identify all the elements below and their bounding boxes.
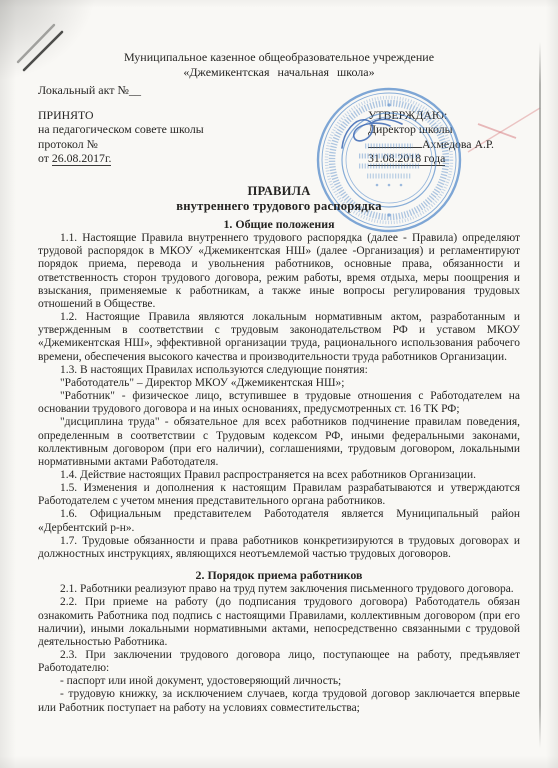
org-header: Муниципальное казенное общеобразовательн…	[0, 50, 558, 79]
document-body: 1. Общие положения1.1. Настоящие Правила…	[38, 216, 520, 715]
section-heading: 2. Порядок приема работников	[38, 569, 520, 582]
paragraph: - трудовую книжку, за исключением случае…	[38, 688, 520, 714]
paragraph: "дисциплина труда" - обязательное для вс…	[38, 416, 520, 469]
paragraph: 2.3. При заключении трудового договора л…	[38, 649, 520, 675]
org-name-line2: «Джемикентская начальная школа»	[0, 65, 558, 80]
paragraph: 1.4. Действие настоящих Правил распростр…	[38, 469, 520, 482]
adopted-date: 26.08.2017г.	[52, 151, 112, 166]
title-line1: ПРАВИЛА	[0, 184, 558, 199]
adopted-block: ПРИНЯТО на педагогическом совете школы п…	[38, 108, 204, 166]
paragraph: 1.6. Официальным представителем Работода…	[38, 508, 520, 534]
paragraph: 1.7. Трудовые обязанности и права работн…	[38, 535, 520, 561]
approved-signature-line: Ахмедова А.Р.	[368, 137, 494, 151]
adopted-protocol: протокол №	[38, 137, 204, 151]
local-act-number: Локальный акт №__	[38, 83, 141, 98]
adopted-label: ПРИНЯТО	[38, 108, 204, 122]
paragraph: "Работник" - физическое лицо, вступившее…	[38, 390, 520, 416]
org-name-line1: Муниципальное казенное общеобразовательн…	[0, 50, 558, 65]
paragraph: 1.2. Настоящие Правила являются локальны…	[38, 311, 520, 364]
section-heading: 1. Общие положения	[38, 218, 520, 231]
title-line2: внутреннего трудового распорядка	[0, 199, 558, 214]
adopted-date-line: от 26.08.2017г.	[38, 151, 204, 165]
approved-label: УТВЕРЖДАЮ:	[368, 108, 494, 122]
approved-position: Директор школы	[368, 122, 494, 136]
adopted-date-prefix: от	[38, 151, 52, 165]
paragraph: "Работодатель" – Директор МКОУ «Джемикен…	[38, 377, 520, 390]
scanned-document-page: Муниципальное казенное общеобразовательн…	[0, 0, 558, 768]
paragraph: 2.2. При приеме на работу (до подписания…	[38, 596, 520, 649]
paragraph: 2.1. Работники реализуют право на труд п…	[38, 583, 520, 596]
approved-date: 31.08.2018 года	[368, 151, 445, 166]
paragraph: - паспорт или иной документ, удостоверяю…	[38, 675, 520, 688]
document-title: ПРАВИЛА внутреннего трудового распорядка	[0, 184, 558, 213]
paragraph: 1.3. В настоящих Правилах используются с…	[38, 364, 520, 377]
adopted-council: на педагогическом совете школы	[38, 122, 204, 136]
approved-date-line: 31.08.2018 года	[368, 151, 494, 165]
paragraph: 1.5. Изменения и дополнения к настоящим …	[38, 482, 520, 508]
paragraph: 1.1. Настоящие Правила внутреннего трудо…	[38, 232, 520, 311]
signature-line	[368, 137, 422, 148]
director-name: Ахмедова А.Р.	[422, 137, 494, 151]
approved-block: УТВЕРЖДАЮ: Директор школы Ахмедова А.Р. …	[368, 108, 494, 166]
scan-artifact-line	[539, 42, 541, 748]
